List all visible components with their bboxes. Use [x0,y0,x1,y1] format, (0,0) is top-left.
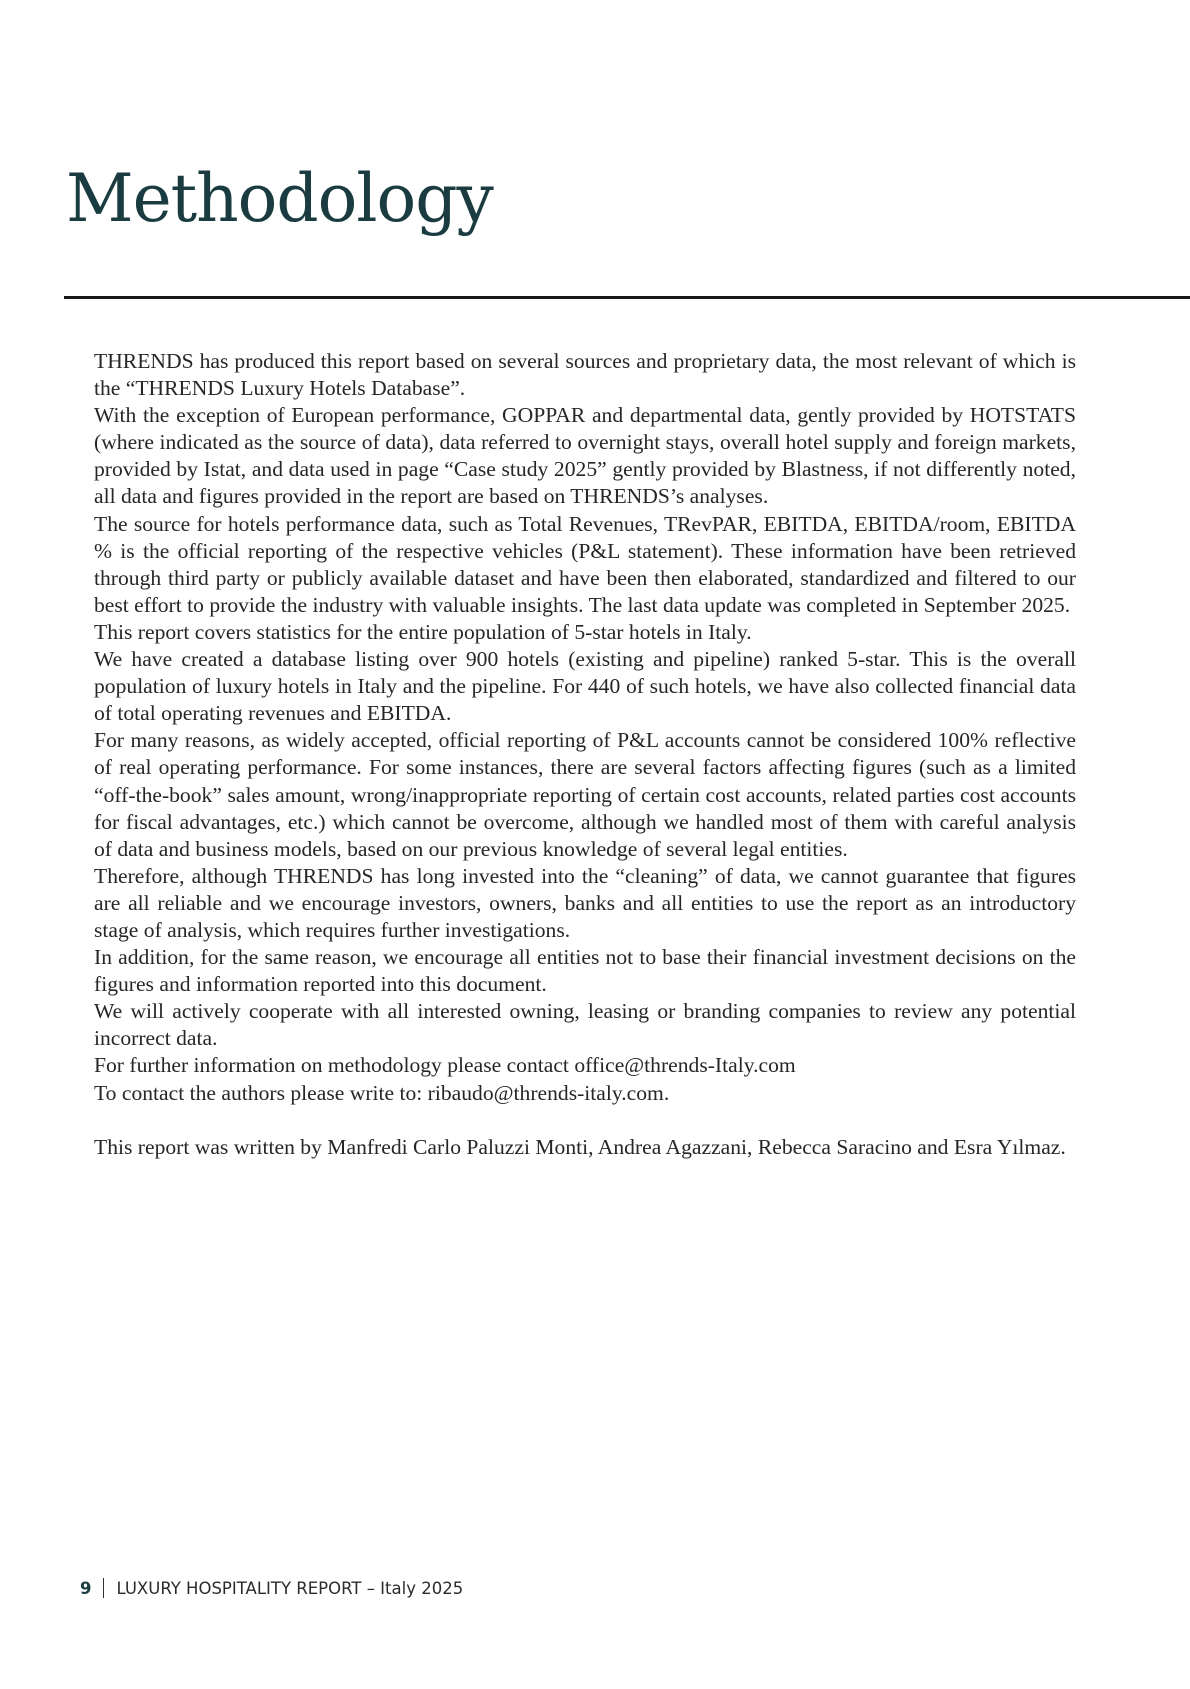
page-number: 9 [80,1579,91,1598]
page-footer: 9 LUXURY HOSPITALITY REPORT – Italy 2025 [80,1578,463,1598]
title-divider [64,296,1190,299]
paragraph-database: We have created a database listing over … [94,646,1076,727]
paragraph-contact-authors: To contact the authors please write to: … [94,1080,1076,1107]
report-title: LUXURY HOSPITALITY REPORT – Italy 2025 [116,1579,463,1598]
paragraph-contact-methodology: For further information on methodology p… [94,1052,1076,1079]
paragraph-sources: THRENDS has produced this report based o… [94,348,1076,402]
page-title: Methodology [66,160,493,237]
paragraph-authors: This report was written by Manfredi Carl… [94,1134,1076,1161]
paragraph-limitations: For many reasons, as widely accepted, of… [94,727,1076,862]
paragraph-performance-source: The source for hotels performance data, … [94,511,1076,619]
paragraph-coverage: This report covers statistics for the en… [94,619,1076,646]
paragraph-exceptions: With the exception of European performan… [94,402,1076,510]
paragraph-investment-caution: In addition, for the same reason, we enc… [94,944,1076,998]
methodology-body: THRENDS has produced this report based o… [94,348,1076,1161]
footer-separator [103,1578,104,1598]
paragraph-cooperation: We will actively cooperate with all inte… [94,998,1076,1052]
paragraph-disclaimer: Therefore, although THRENDS has long inv… [94,863,1076,944]
